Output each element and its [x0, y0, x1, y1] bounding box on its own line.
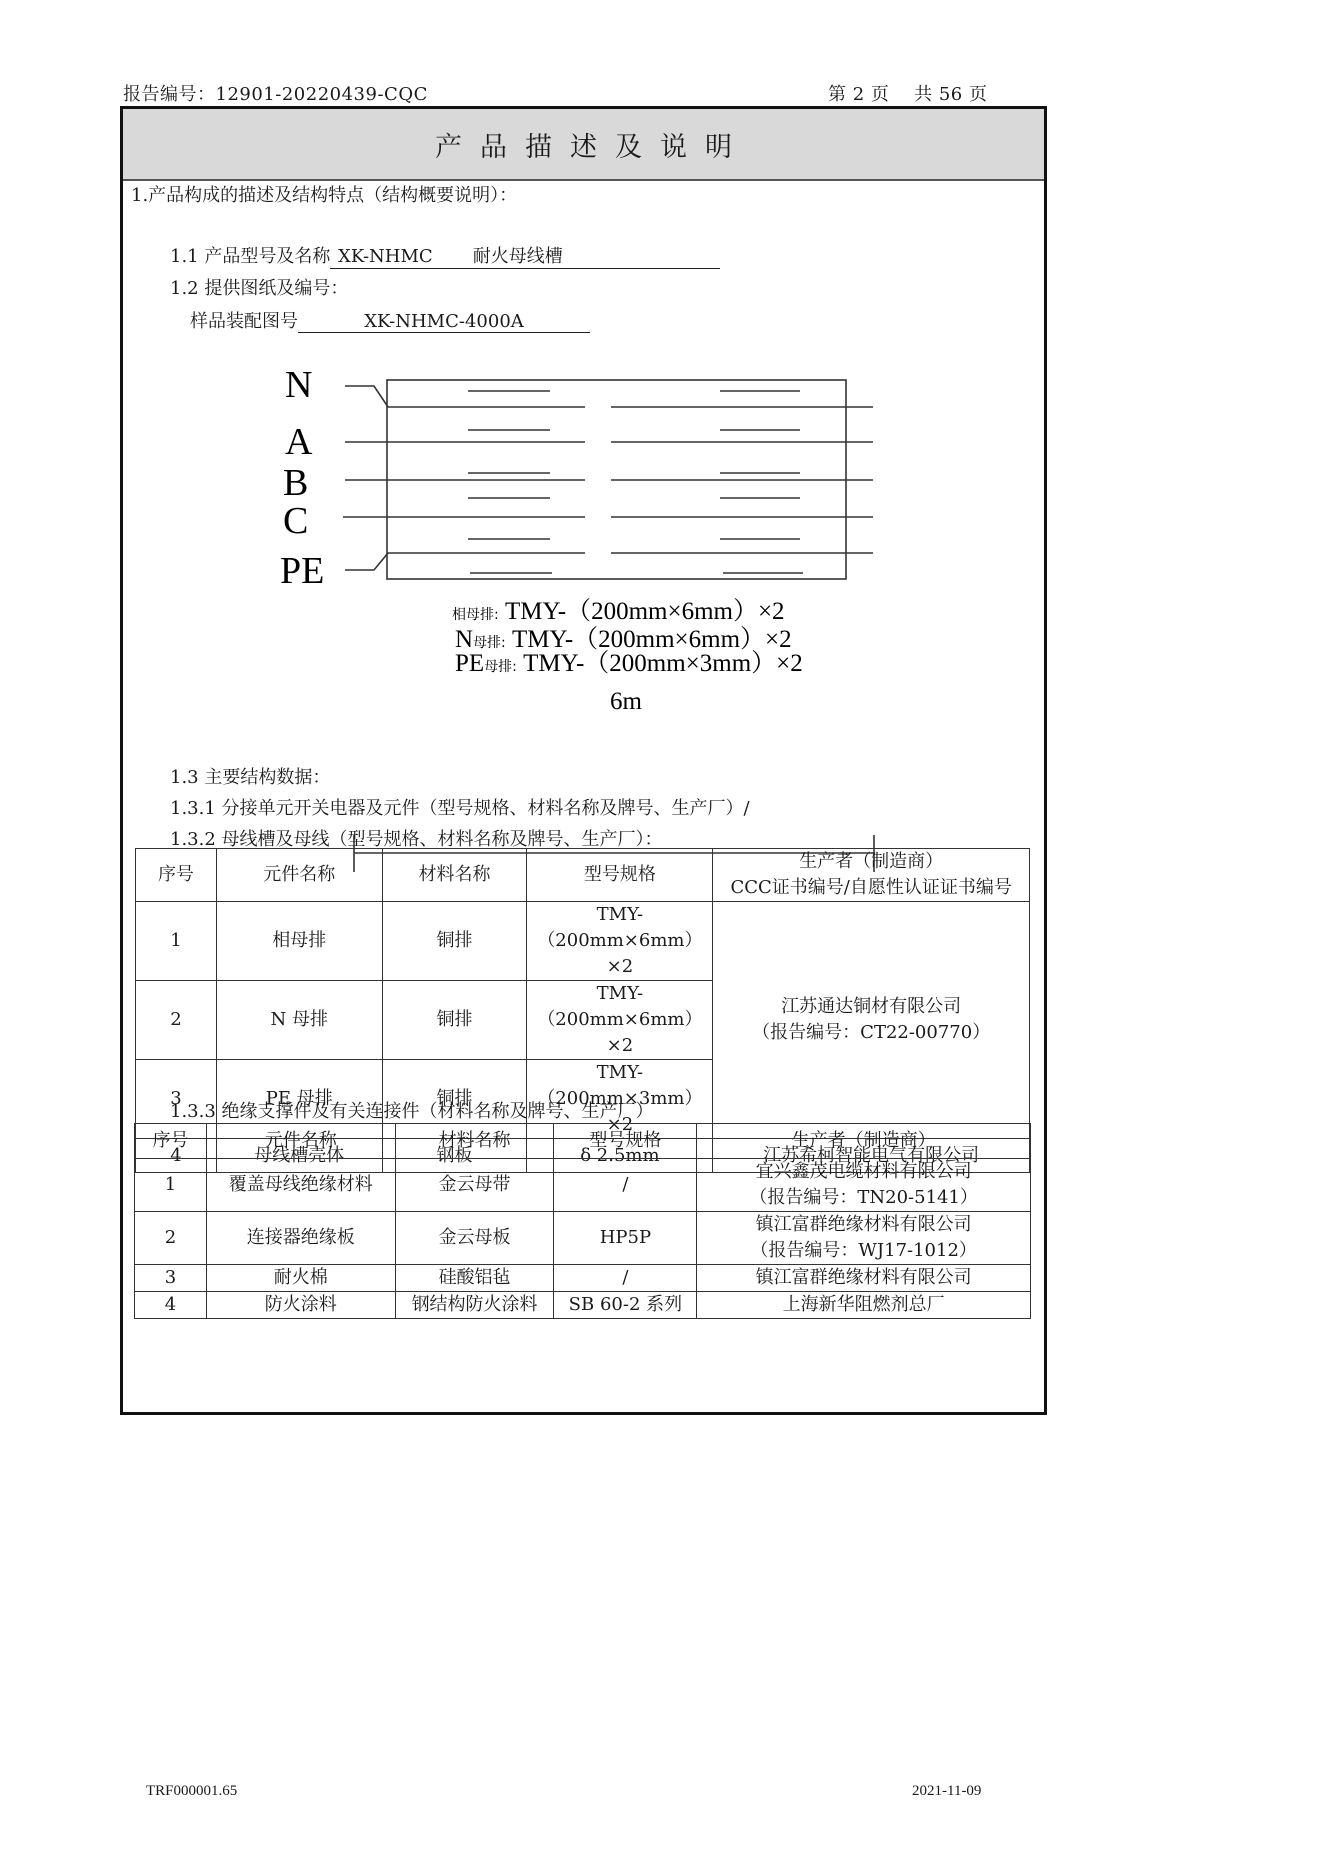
cell-material: 铜排: [382, 981, 527, 1060]
insulation-table: 序号 元件名称 材料名称 型号规格 生产者（制造商） 1 覆盖母线绝缘材料 金云…: [134, 1123, 1031, 1319]
header-cell: 序号: [135, 1124, 207, 1159]
cell-name: 防火涂料: [206, 1292, 395, 1319]
maker-line: 宜兴鑫茂电缆材料有限公司: [697, 1159, 1030, 1185]
table-row: 4 防火涂料 钢结构防火涂料 SB 60-2 系列 上海新华阻燃剂总厂: [135, 1292, 1031, 1319]
cell-no: 2: [136, 981, 217, 1060]
cell-material: 铜排: [382, 902, 527, 981]
header-cell: 生产者（制造商）: [697, 1124, 1031, 1159]
form-date: 2021-11-09: [912, 1783, 981, 1800]
table-row: 1 覆盖母线绝缘材料 金云母带 / 宜兴鑫茂电缆材料有限公司（报告编号：TN20…: [135, 1159, 1031, 1212]
maker-line: 镇江富群绝缘材料有限公司: [697, 1212, 1030, 1238]
spec-line: ×2: [527, 1033, 712, 1059]
cell-maker-merged: 江苏通达铜材有限公司（报告编号：CT22-00770）: [713, 902, 1030, 1139]
header-cell: 材料名称: [395, 1124, 554, 1159]
header-cell: 材料名称: [382, 849, 527, 902]
cell-no: 2: [135, 1212, 207, 1265]
spec-prefix: 母排:: [484, 659, 517, 675]
header-cell: 型号规格: [554, 1124, 697, 1159]
table-header-row: 序号 元件名称 材料名称 型号规格 生产者（制造商）: [135, 1124, 1031, 1159]
cell-spec: TMY-（200mm×6mm）×2: [527, 902, 713, 981]
table-row: 1 相母排 铜排 TMY-（200mm×6mm）×2 江苏通达铜材有限公司（报告…: [136, 902, 1030, 981]
cell-maker: 宜兴鑫茂电缆材料有限公司（报告编号：TN20-5141）: [697, 1159, 1031, 1212]
cell-material: 金云母板: [395, 1212, 554, 1265]
cell-spec: TMY-（200mm×6mm）×2: [527, 981, 713, 1060]
spec-prefix-pe: PE: [455, 650, 484, 677]
cell-material: 硅酸铝毡: [395, 1265, 554, 1292]
cell-spec: /: [554, 1159, 697, 1212]
table-row: 3 耐火棉 硅酸铝毡 / 镇江富群绝缘材料有限公司: [135, 1265, 1031, 1292]
cell-maker: 上海新华阻燃剂总厂: [697, 1292, 1031, 1319]
table-row: 2 连接器绝缘板 金云母板 HP5P 镇江富群绝缘材料有限公司（报告编号：WJ1…: [135, 1212, 1031, 1265]
cell-no: 1: [136, 902, 217, 981]
header-cell: 型号规格: [527, 849, 713, 902]
spec-line: ×2: [527, 954, 712, 980]
cell-spec: SB 60-2 系列: [554, 1292, 697, 1319]
cell-maker: 镇江富群绝缘材料有限公司: [697, 1265, 1031, 1292]
cell-no: 4: [135, 1292, 207, 1319]
cell-name: 相母排: [216, 902, 382, 981]
section-1-3-1: 1.3.1 分接单元开关电器及元件（型号规格、材料名称及牌号、生产厂）/: [170, 794, 750, 820]
cell-name: 连接器绝缘板: [206, 1212, 395, 1265]
length-label: 6m: [610, 688, 642, 716]
section-1-3-heading: 1.3 主要结构数据：: [170, 763, 330, 789]
maker-line: 江苏通达铜材有限公司: [713, 994, 1029, 1020]
header-cell: 元件名称: [206, 1124, 395, 1159]
cell-name: 耐火棉: [206, 1265, 395, 1292]
spec-line: TMY-（200mm×6mm）: [527, 981, 712, 1033]
pe-busbar-spec: PE母排: TMY-（200mm×3mm）×2: [455, 643, 803, 679]
header-line: CCC证书编号/自愿性认证证书编号: [713, 875, 1029, 901]
header-line: 生产者（制造商）: [713, 849, 1029, 875]
spec-text: TMY-（200mm×3mm）×2: [523, 650, 803, 677]
cell-name: N 母排: [216, 981, 382, 1060]
spec-line: TMY-（200mm×6mm）: [527, 902, 712, 954]
section-1-3-3: 1.3.3 绝缘支撑件及有关连接件（材料名称及牌号、生产厂）: [170, 1097, 654, 1123]
maker-line: （报告编号：TN20-5141）: [697, 1185, 1030, 1211]
maker-line: （报告编号：CT22-00770）: [713, 1020, 1029, 1046]
cell-spec: /: [554, 1265, 697, 1292]
header-cell: 元件名称: [216, 849, 382, 902]
header-cell: 生产者（制造商）CCC证书编号/自愿性认证证书编号: [713, 849, 1030, 902]
cell-no: 1: [135, 1159, 207, 1212]
maker-line: （报告编号：WJ17-1012）: [697, 1238, 1030, 1264]
cell-no: 3: [135, 1265, 207, 1292]
cell-material: 金云母带: [395, 1159, 554, 1212]
table-header-row: 序号 元件名称 材料名称 型号规格 生产者（制造商）CCC证书编号/自愿性认证证…: [136, 849, 1030, 902]
header-cell: 序号: [136, 849, 217, 902]
form-number: TRF000001.65: [146, 1783, 237, 1800]
cell-material: 钢结构防火涂料: [395, 1292, 554, 1319]
cell-name: 覆盖母线绝缘材料: [206, 1159, 395, 1212]
cell-spec: HP5P: [554, 1212, 697, 1265]
cell-maker: 镇江富群绝缘材料有限公司（报告编号：WJ17-1012）: [697, 1212, 1031, 1265]
